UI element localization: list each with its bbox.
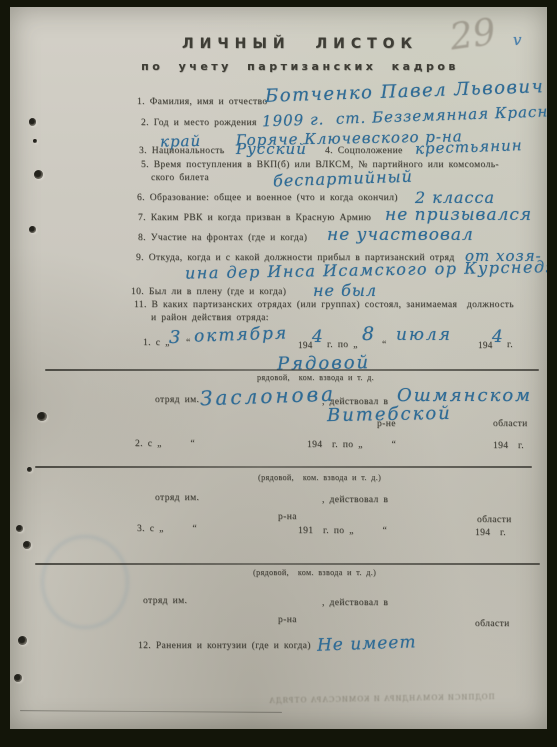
entry1-to-label: г. по „ [327, 340, 358, 350]
entry2-from-segment: 2. с „ “ [135, 439, 195, 449]
entry1-quote: “ [186, 338, 191, 348]
field-draft-value: не призывался [385, 205, 532, 225]
field-detachments-label-line1: 11. В каких партизанских отрядах (или гр… [134, 300, 514, 310]
field-birth-label: 2. Год и место рождения [141, 118, 257, 128]
document-title-line1: ЛИЧНЫЙ ЛИСТОК [120, 36, 480, 52]
field-party-value: беспартийный [273, 167, 414, 191]
divider-line [35, 563, 540, 565]
field-party-label-line1: 5. Время поступления в ВКП(б) или ВЛКСМ,… [141, 160, 499, 170]
punch-hole [16, 525, 23, 532]
field-education-label: 6. Образование: общее и военное (что и к… [137, 193, 398, 203]
entry1-year1-handwritten: 4 [312, 327, 324, 347]
field-social-position-label: 4. Соцположение [325, 146, 403, 156]
unit1-district-label: р-не [377, 419, 396, 429]
stamp-bleed-circle [41, 535, 129, 629]
unit1-oblast-label: области [493, 419, 528, 429]
unit1-label: отряд им. [155, 395, 199, 405]
document-title-line2: по учету партизанских кадров [120, 60, 480, 73]
divider-line [45, 369, 539, 371]
entry1-year2-suffix: г. [507, 340, 513, 350]
field-draft-label: 7. Каким РВК и когда призван в Красную А… [138, 213, 371, 223]
field-front-service-value: не участвовал [327, 225, 474, 245]
unit2-acted-label: , действовал в [322, 495, 388, 505]
punch-hole [37, 412, 47, 421]
punch-hole [14, 674, 22, 682]
punch-hole [33, 139, 37, 143]
unit3-acted-label: , действовал в [322, 598, 388, 608]
unit2-label: отряд им. [155, 493, 199, 503]
entry3-end-segment: 194 г. [475, 528, 506, 538]
entry1-from-label: 1. с „ [143, 338, 170, 348]
field-party-label-line2: ского билета [151, 173, 209, 183]
unit3-district-label: р-на [278, 615, 297, 625]
field-wounds-label: 12. Ранения и контузии (где и когда) [138, 641, 311, 651]
entry2-end-segment: 194 г. [493, 441, 524, 451]
divider-line [35, 466, 532, 468]
field-name-label: 1. Фамилия, имя и отчество [137, 97, 268, 107]
field-detachments-label-line2: и район действия отряда: [151, 313, 269, 323]
entry1-day-value: 3 [169, 327, 181, 348]
rank-caption: рядовой, ком. взвода и т. д. [257, 373, 374, 382]
field-captivity-label: 10. Был ли в плену (где и когда) [131, 287, 286, 297]
entry1-month-value: октября [194, 323, 289, 346]
unit2-oblast-label: области [477, 515, 512, 525]
entry3-mid-segment: 191 г. по „ “ [298, 526, 387, 536]
entry2-mid-segment: 194 г. по „ “ [307, 440, 396, 450]
punch-hole [34, 170, 43, 179]
unit3-label: отряд им. [143, 596, 187, 606]
field-wounds-value: Не имеет [317, 632, 417, 655]
punch-hole [29, 118, 36, 126]
punch-hole [29, 226, 36, 233]
rank-caption: (рядовой, ком. взвода и т. д.) [258, 473, 381, 482]
unit1-name-value: Заслонова [200, 382, 337, 411]
unit3-oblast-label: области [475, 619, 510, 629]
entry1-month2-value: июля [396, 325, 452, 345]
punch-hole [23, 541, 31, 549]
entry1-year2-handwritten: 4 [492, 327, 504, 347]
punch-hole [18, 636, 27, 645]
entry1-day2-value: 8 [362, 323, 375, 345]
unit2-district-label: р-на [278, 512, 297, 522]
scanned-document-scene: 29 v ЛИЧНЫЙ ЛИСТОК по учету партизанских… [0, 0, 557, 747]
field-front-service-label: 8. Участие на фронтах (где и когда) [138, 233, 307, 243]
field-nationality-value: Русский [236, 140, 307, 158]
personal-record-sheet-page: 29 v ЛИЧНЫЙ ЛИСТОК по учету партизанских… [10, 7, 547, 729]
entry3-from-segment: 3. с „ “ [137, 524, 197, 534]
faint-bottom-line [20, 710, 282, 713]
punch-hole [27, 467, 32, 472]
bleed-through-signatures-text: ПОДПИСИ КОМАНДИРА И КОМИССАРА ОТРЯДА [268, 692, 495, 705]
field-captivity-value: не был [313, 281, 377, 300]
field-nationality-label: 3. Национальность [139, 146, 225, 156]
check-mark: v [513, 31, 522, 49]
rank-caption: (рядовой, ком. взвода и т. д.) [253, 568, 376, 577]
entry1-rank-value: Рядовой [277, 352, 371, 375]
field-name-value: Ботченко Павел Львович [265, 76, 545, 107]
entry1-year2-printed: 194 [478, 340, 493, 350]
field-social-position-value: крестьянин [415, 136, 523, 158]
entry1-year1-printed: 194 [298, 340, 313, 350]
entry1-quote2: “ [382, 340, 387, 350]
